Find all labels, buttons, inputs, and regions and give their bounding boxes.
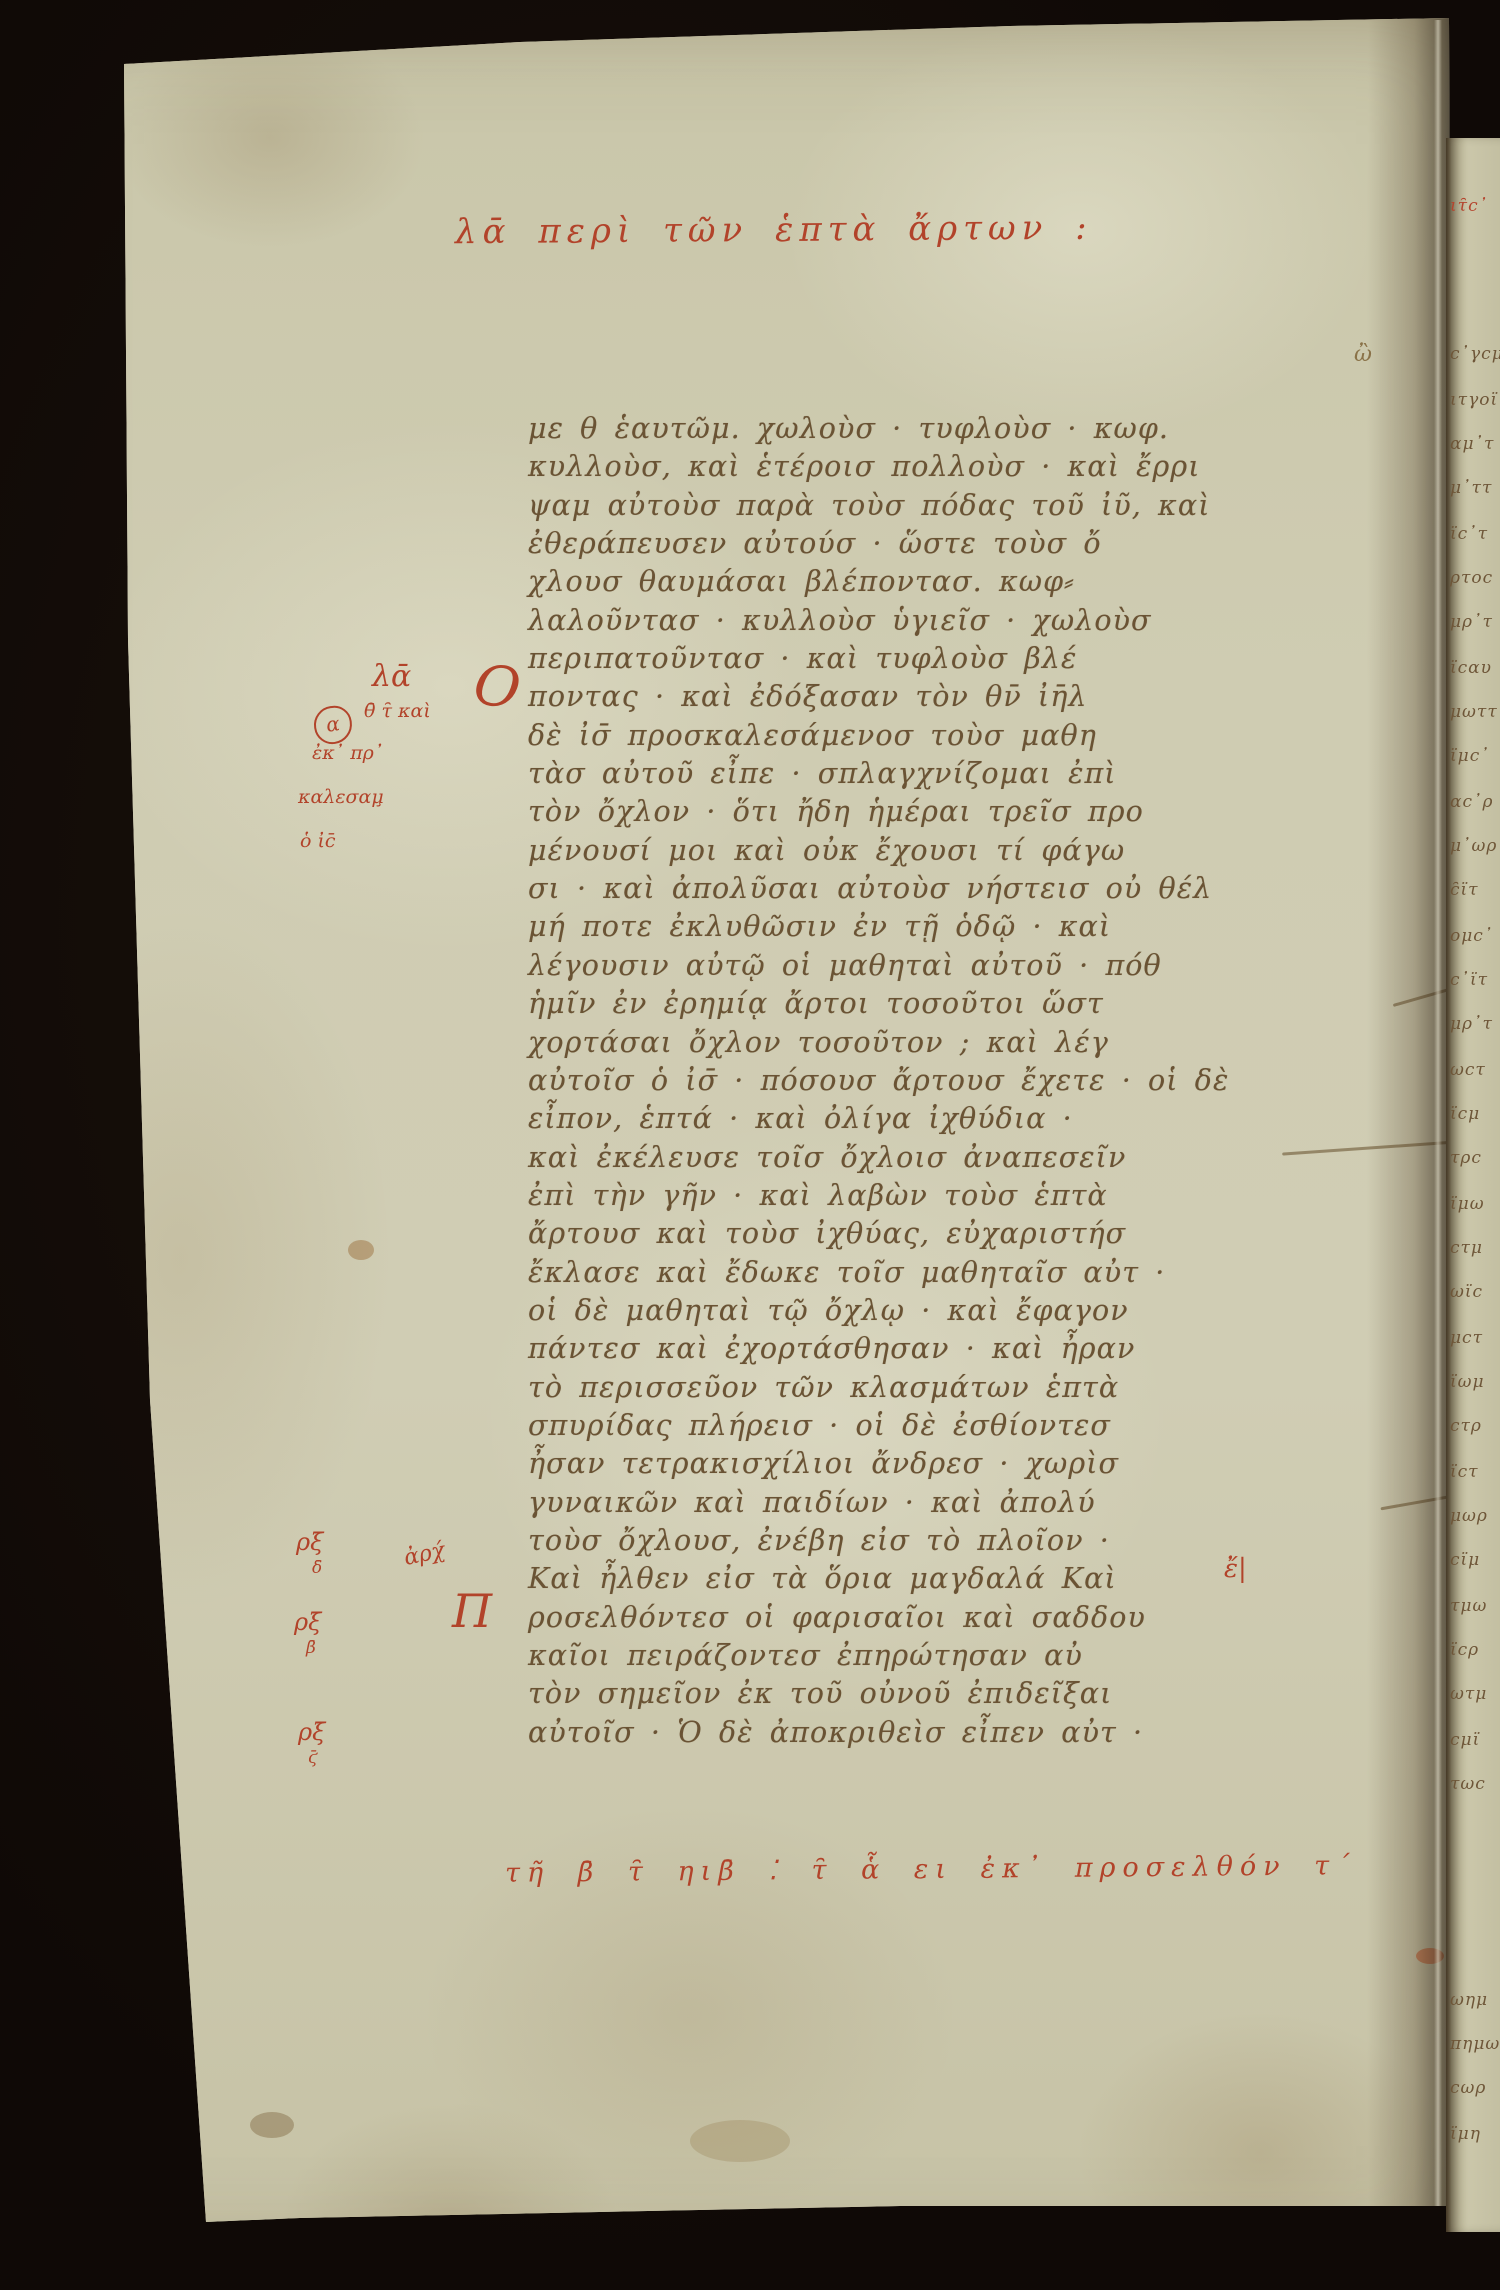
manuscript-text-line: τὸ περισσεῦον τῶν κλασμάτων ἑπτὰ <box>528 1371 1438 1409</box>
adjacent-page-text-fragment: μϲτ <box>1450 1328 1483 1348</box>
adjacent-page-text-fragment: τωϲ <box>1450 1774 1486 1794</box>
manuscript-text-line: ἐθεράπευσεν αὐτούσ · ὥστε τοὺσ ὄ <box>528 527 1438 565</box>
marginal-mark: λᾱ <box>372 662 411 692</box>
marginal-mark: ϛ̄ <box>308 1750 318 1767</box>
manuscript-text-line: ποντας · καὶ ἐδόξασαν τὸν θν̄ ἰη̄λ <box>528 680 1438 718</box>
marginal-mark: θ̄ τ̑ καὶ <box>364 702 431 721</box>
adjacent-page-text-fragment: ϊμω <box>1450 1194 1485 1214</box>
stain-smudge <box>690 2120 790 2162</box>
adjacent-page-text-fragment: πημω <box>1450 2034 1500 2054</box>
manuscript-text-line: καὶ ἐκέλευσε τοῖσ ὄχλοισ ἀναπεσεῖν <box>528 1141 1438 1179</box>
marginal-mark: ρξ̄ <box>294 1610 321 1634</box>
adjacent-folio-edge: ιτ̑ϲ᾽ ϲ᾽γϲμ ιτγοϊ αμ᾽τ μ᾽ττ ϊϲ᾽τ ρτοϲ μρ… <box>1446 138 1500 2232</box>
manuscript-text-line: ἦσαν τετρακισχίλιοι ἄνδρεσ · χωρὶσ <box>528 1447 1438 1485</box>
adjacent-page-text-fragment: μ᾽ωρ <box>1450 836 1497 856</box>
marginal-mark: β̄ <box>306 1640 316 1657</box>
manuscript-text-line: τὸν σημεῖον ἐκ τοῦ οὐνοῦ ἐπιδεῖξαι <box>528 1677 1438 1715</box>
circled-marginal-letter: α <box>312 704 355 747</box>
adjacent-page-text-fragment: αμ᾽τ <box>1450 434 1494 454</box>
adjacent-page-text-fragment: ϊμϲ᾽ <box>1450 746 1490 766</box>
adjacent-page-text-fragment: ϲμϊ <box>1450 1730 1480 1750</box>
manuscript-text-line: δὲ ἰσ̄ προσκαλεσάμενοσ τοὺσ μαθη <box>528 719 1438 757</box>
adjacent-page-text-fragment: ϲτρ <box>1450 1416 1482 1436</box>
adjacent-page-text-fragment: ωϊϲ <box>1450 1282 1483 1302</box>
adjacent-page-text-fragment: τρϲ <box>1450 1148 1482 1168</box>
manuscript-text-line: τὰσ αὐτοῦ εἶπε · σπλαγχνίζομαι ἐπὶ <box>528 757 1438 795</box>
manuscript-text-line: χλουσ θαυμάσαι βλέποντασ. κωφ⸗ <box>528 565 1438 603</box>
manuscript-text-line: αὐτοῖσ ὁ ἰσ̄ · πόσουσ ἄρτουσ ἔχετε · οἱ … <box>528 1064 1438 1102</box>
manuscript-text-line: ἡμῖν ἐν ἐρημίᾳ ἄρτοι τοσοῦτοι ὥστ <box>528 987 1438 1025</box>
adjacent-page-text-fragment: ϊμη <box>1450 2124 1481 2144</box>
red-initial-pi: Π <box>452 1588 492 1634</box>
manuscript-text-line: ροσελθόντεσ οἱ φαρισαῖοι καὶ σαδδου <box>528 1601 1438 1639</box>
marginal-mark: ἐκ᾽ πρ᾽ <box>312 744 383 763</box>
manuscript-text-line: εἶπον, ἑπτά · καὶ ὀλίγα ἰχθύδια · <box>528 1102 1438 1140</box>
manuscript-text-line: ἄρτουσ καὶ τοὺσ ἰχθύας, εὐχαριστήσ <box>528 1217 1438 1255</box>
parchment-folio: λᾱ περὶ τῶν ἑπτὰ ἄρτων : με θ ἑαυτῶμ. χω… <box>0 0 1500 2290</box>
adjacent-page-text-fragment: ϊϲ᾽τ <box>1450 524 1488 544</box>
marginal-mark: ρξ̄ <box>298 1720 325 1744</box>
manuscript-text-line: ἔκλασε καὶ ἔδωκε τοῖσ μαθηταῖσ αὐτ · <box>528 1256 1438 1294</box>
adjacent-page-text-fragment: μωττ <box>1450 702 1498 722</box>
adjacent-page-text-fragment: ϲ᾽ϊτ <box>1450 970 1488 990</box>
chapter-title-rubric: λᾱ περὶ τῶν ἑπτὰ ἄρτων : <box>455 208 1093 252</box>
manuscript-text-line: λαλοῦντασ · κυλλοὺσ ὑγιεῖσ · χωλοὺσ <box>528 604 1438 642</box>
adjacent-page-text-fragment: ϲϊμ <box>1450 1550 1480 1570</box>
adjacent-page-text-fragment: ϊϲμ <box>1450 1104 1480 1124</box>
manuscript-text-line: γυναικῶν καὶ παιδίων · καὶ ἀπολύ <box>528 1486 1438 1524</box>
lectionary-footer-rubric: τῆ β̄ τ̑ ηιβ̄ ⁚ τ̑ ἇ ει ἐκ᾽ προσελθόν τ´ <box>505 1850 1357 1888</box>
adjacent-page-text-fragment: ιτγοϊ <box>1450 390 1498 410</box>
adjacent-page-text-fragment: ϲ̑ϊτ <box>1450 880 1479 900</box>
manuscript-text-line: ψαμ αὐτοὺσ παρὰ τοὺσ πόδας τοῦ ἰῦ, καὶ <box>528 489 1438 527</box>
manuscript-text-line: οἱ δὲ μαθηταὶ τῷ ὄχλῳ · καὶ ἔφαγον <box>528 1294 1438 1332</box>
adjacent-page-text-fragment: ωτμ <box>1450 1684 1487 1704</box>
marginal-mark: καλεσαμ̧ <box>298 788 384 807</box>
marginal-mark: ἀρχ́ <box>402 1540 447 1570</box>
adjacent-page-text-fragment: μ᾽ττ <box>1450 478 1492 498</box>
manuscript-text-line: λέγουσιν αὐτῷ οἱ μαθηταὶ αὐτοῦ · πόθ <box>528 949 1438 987</box>
manuscript-text-line: Καὶ ἦλθεν εἰσ τὰ ὅρια μαγδαλά Καὶ <box>528 1562 1438 1600</box>
stain-smudge <box>348 1240 374 1260</box>
adjacent-page-text-fragment: μωρ <box>1450 1506 1488 1526</box>
manuscript-text-line: αὐτοῖσ · Ὁ δὲ ἀποκριθεὶσ εἶπεν αὐτ · <box>528 1716 1438 1754</box>
adjacent-page-text-fragment: ωϲτ <box>1450 1060 1486 1080</box>
manuscript-text-line: ἐπὶ τὴν γῆν · καὶ λαβὼν τοὺσ ἑπτὰ <box>528 1179 1438 1217</box>
manuscript-photograph: λᾱ περὶ τῶν ἑπτὰ ἄρτων : με θ ἑαυτῶμ. χω… <box>0 0 1500 2290</box>
adjacent-page-text-fragment: ϊϲαυ <box>1450 658 1492 678</box>
manuscript-text-line: κυλλοὺσ, καὶ ἑτέροισ πολλοὺσ · καὶ ἔρρι <box>528 450 1438 488</box>
page-edge-highlight <box>1434 20 1442 2210</box>
adjacent-page-text-fragment: ϊϲτ <box>1450 1462 1479 1482</box>
manuscript-text-line: σι · καὶ ἀπολῦσαι αὐτοὺσ νήστεισ οὐ θέλ <box>528 872 1438 910</box>
adjacent-page-text-fragment: μρ᾽τ <box>1450 612 1493 632</box>
manuscript-text-line: τὸν ὄχλον · ὅτι ἤδη ἡμέραι τρεῖσ προ <box>528 795 1438 833</box>
adjacent-page-text-fragment: αϲ᾽ρ <box>1450 792 1494 812</box>
marginal-mark: ὁ ἰϲ̄ <box>300 832 336 851</box>
adjacent-page-text-fragment: ϊωμ <box>1450 1372 1485 1392</box>
adjacent-page-text-fragment: ϲτμ <box>1450 1238 1483 1258</box>
adjacent-page-text-fragment: ιτ̑ϲ᾽ <box>1450 196 1488 216</box>
adjacent-page-text-fragment: ϲωρ <box>1450 2078 1486 2098</box>
manuscript-text-line: σπυρίδας πλήρεισ · οἱ δὲ ἐσθίοντεσ <box>528 1409 1438 1447</box>
manuscript-text-line: μένουσί μοι καὶ οὐκ ἔχουσι τί φάγω <box>528 834 1438 872</box>
manuscript-text-line: χορτάσαι ὄχλον τοσοῦτον ; καὶ λέγ <box>528 1026 1438 1064</box>
manuscript-text-line: περιπατοῦντασ · καὶ τυφλοὺσ βλέ <box>528 642 1438 680</box>
red-initial-omicron: Ο <box>470 657 524 719</box>
adjacent-page-text-fragment: ϊϲρ <box>1450 1640 1479 1660</box>
manuscript-text-line: πάντεσ καὶ ἐχορτάσθησαν · καὶ ἦραν <box>528 1332 1438 1370</box>
manuscript-text-line: μή ποτε ἐκλυθῶσιν ἐν τῇ ὁδῷ · καὶ <box>528 910 1438 948</box>
marginal-mark: δ̄ <box>312 1560 322 1577</box>
main-text-block: με θ ἑαυτῶμ. χωλοὺσ · τυφλοὺσ · κωφ. κυλ… <box>528 412 1438 1754</box>
adjacent-page-text-fragment: τμω <box>1450 1596 1487 1616</box>
adjacent-page-text-fragment: ομϲ᾽ <box>1450 926 1493 946</box>
adjacent-page-text-fragment: ϲ᾽γϲμ <box>1450 344 1500 364</box>
marginal-mark: ρξ̄ <box>296 1530 323 1554</box>
manuscript-text-line: με θ ἑαυτῶμ. χωλοὺσ · τυφλοὺσ · κωφ. <box>528 412 1438 450</box>
marginal-mark: ἔ| <box>1224 1556 1247 1582</box>
adjacent-page-text-fragment: μρ᾽τ <box>1450 1014 1493 1034</box>
stain-smudge <box>250 2112 294 2138</box>
adjacent-page-text-fragment: ρτοϲ <box>1450 568 1493 588</box>
manuscript-text-line: τοὺσ ὄχλουσ, ἐνέβη εἰσ τὸ πλοῖον · <box>528 1524 1438 1562</box>
adjacent-page-text-fragment: ωημ <box>1450 1990 1488 2010</box>
manuscript-text-line: καῖοι πειράζοντεσ ἐπηρώτησαν αὐ <box>528 1639 1438 1677</box>
